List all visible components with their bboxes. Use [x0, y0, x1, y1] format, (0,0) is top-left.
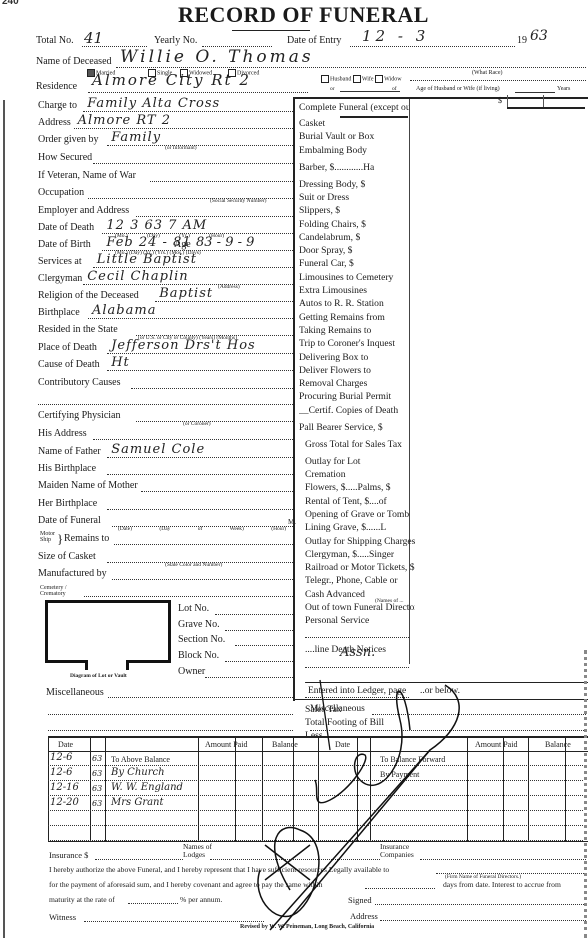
rate-line — [128, 903, 178, 904]
race-line — [410, 80, 586, 81]
field-label: Occupation — [38, 187, 84, 198]
field-line — [74, 128, 293, 129]
row-desc: Mrs Grant — [111, 797, 164, 808]
charge-item: Railroad or Motor Tickets, $ — [305, 562, 415, 573]
charge-item: Lining Grave, $......L — [305, 522, 415, 533]
field-value[interactable]: 12 3 63 7 AM — [106, 218, 207, 233]
field-line — [107, 474, 293, 475]
date-of-entry-line — [350, 46, 515, 47]
field-label: Date of Birth — [38, 239, 91, 250]
charge-item: Pall Bearer Service, $ — [299, 422, 409, 433]
name-of-deceased-label: Name of Deceased — [36, 56, 112, 67]
spouse-or-line — [340, 91, 400, 92]
diagram-door-left — [85, 660, 88, 670]
diagram-bottom-left — [45, 660, 87, 663]
field-line — [88, 318, 293, 319]
amount-col-line-1 — [507, 95, 508, 107]
charge-item: Removal Charges — [299, 378, 409, 389]
charge-item: Barber, $............Ha — [299, 162, 409, 173]
field-line — [107, 353, 293, 354]
field-label: How Secured — [38, 152, 92, 163]
field-sublabel: (Social Security Number) — [210, 198, 267, 204]
charge-item: Opening of Grave or Tomb — [305, 509, 415, 520]
sheet-right-edge — [584, 650, 587, 938]
field-label: Place of Death — [38, 342, 97, 353]
field-label: His Address — [38, 428, 87, 439]
charge-item: Folding Chairs, $ — [299, 219, 409, 230]
checkbox-widow-icon — [375, 75, 383, 83]
misc-label: Miscellaneous — [46, 687, 104, 698]
row-year: 63 — [92, 799, 102, 808]
field-value[interactable]: Ht — [111, 355, 130, 370]
field-line — [93, 267, 293, 268]
field-label: Date of Funeral — [38, 515, 101, 526]
charge-item: Deliver Flowers to — [299, 365, 409, 376]
sheet-left-edge — [3, 100, 5, 938]
names-sub: (Names of ... — [375, 598, 404, 604]
field-label: Size of Casket — [38, 551, 96, 562]
residence-line — [88, 92, 308, 93]
field-value[interactable]: Family — [111, 130, 161, 145]
field-label: Clergyman — [38, 273, 82, 284]
field-label: Remains to — [64, 533, 109, 544]
row-year: 63 — [92, 784, 102, 793]
charge-item — [305, 629, 409, 638]
field-line — [141, 491, 293, 492]
diagram-label: Diagram of Lot or Vault — [70, 673, 127, 679]
auth-line-3: maturity at the rate of — [49, 895, 115, 904]
residence-label: Residence — [36, 81, 77, 92]
row-date: 12-6 — [50, 752, 72, 763]
field-value[interactable]: Almore RT 2 — [78, 113, 171, 128]
charge-item: Complete Funeral (except outlays) — [299, 102, 409, 113]
lot-field-label: Owner — [178, 666, 205, 677]
per-annum: % per annum. — [180, 895, 222, 904]
field-line — [136, 421, 293, 422]
charge-item: Candelabrum, $ — [299, 232, 409, 243]
field-line — [84, 596, 293, 597]
charge-item: Rental of Tent, $....of — [305, 496, 415, 507]
field-sublabel: (State Color and Number) — [165, 562, 222, 568]
charge-item: Funeral Car, $ — [299, 258, 409, 269]
date-of-entry-value[interactable]: 12 - 3 — [362, 27, 429, 45]
field-label: Certifying Physician — [38, 410, 121, 421]
charge-item: Flowers, $.....Palms, $ — [305, 482, 415, 493]
charge-item: Cremation — [305, 469, 415, 480]
page-number: 240 — [2, 0, 19, 7]
row-desc: To Above Balance — [111, 755, 170, 764]
field-line — [131, 388, 293, 389]
document-title: RECORD OF FUNERAL — [178, 2, 429, 28]
charge-item: Outlay for Shipping Charges — [305, 536, 415, 547]
field-label: If Veteran, Name of War — [38, 170, 136, 181]
charge-item: Telegr., Phone, Cable or — [305, 575, 415, 586]
what-race-label: (What Race) — [472, 70, 502, 76]
field-label: Order given by — [38, 134, 99, 145]
charge-item: Extra Limousines — [299, 285, 409, 296]
age-spouse-label: Age of Husband or Wife (if living) — [416, 86, 500, 92]
signature-scrawl — [240, 640, 500, 938]
field-sublabel: (or Informant) — [165, 145, 197, 151]
charge-item: Slippers, $ — [299, 205, 409, 216]
name-of-deceased-line — [116, 67, 586, 68]
field-label: Date of Death — [38, 222, 94, 233]
field-value[interactable]: Jefferson Drs't Hos — [111, 338, 256, 353]
checkbox-wife-icon — [353, 75, 361, 83]
field-label: Contributory Causes — [38, 377, 121, 388]
date-of-entry-label: Date of Entry — [287, 35, 341, 46]
lot-field-label: Section No. — [178, 634, 225, 645]
field-value[interactable]: Samuel Cole — [111, 442, 205, 457]
charge-item: __Certif. Copies of Death — [299, 405, 409, 416]
title-underline — [232, 30, 310, 31]
field-label: Cemetery / Crematory — [40, 585, 80, 597]
charge-item: Taking Remains to — [299, 325, 409, 336]
spouse-options[interactable]: Husband Wife Widow — [321, 75, 402, 83]
field-value[interactable]: Cecil Chaplin — [87, 269, 188, 284]
charge-item: Personal Service — [305, 615, 415, 626]
witness-line — [84, 921, 264, 922]
charge-item: Outlay for Lot — [305, 456, 415, 467]
witness-label: Witness — [49, 912, 76, 922]
charge-item: Suit or Dress — [299, 192, 409, 203]
field-line — [83, 284, 293, 285]
field-sublabel: (or Coroner) — [183, 421, 211, 427]
table-header: Balance — [545, 740, 571, 749]
field-label: Maiden Name of Mother — [38, 480, 138, 491]
field-label: Resided in the State — [38, 324, 118, 335]
residence-value[interactable]: Almore City Rt 2 — [92, 71, 251, 89]
row-year: 63 — [92, 769, 102, 778]
row-date: 12-6 — [50, 767, 72, 778]
year-value[interactable]: 63 — [530, 28, 548, 44]
charge-item: Clergyman, $.....Singer — [305, 549, 415, 560]
field-value[interactable]: Alabama — [92, 303, 156, 318]
field-value[interactable]: Little Baptist — [97, 252, 197, 267]
lot-diagram — [45, 600, 171, 663]
charge-item: Limousines to Cemetery — [299, 272, 409, 283]
total-no-label: Total No. — [36, 35, 74, 46]
row-date: 12-16 — [50, 782, 79, 793]
field-value[interactable]: Baptist — [159, 286, 213, 301]
field-line — [38, 404, 293, 405]
lot-field-label: Lot No. — [178, 603, 209, 614]
field-label: Name of Father — [38, 446, 101, 457]
field-label: Cause of Death — [38, 359, 100, 370]
charge-item: Trip to Coroner's Inquest — [299, 338, 409, 349]
table-header: Date — [58, 740, 73, 749]
charge-item: Delivering Box to — [299, 352, 409, 363]
row-year: 63 — [92, 754, 102, 763]
year-prefix: 19 — [517, 35, 527, 46]
field-label: Address — [38, 117, 71, 128]
insurance-label: Insurance $ — [49, 850, 88, 860]
diagram-bottom-right — [126, 660, 168, 663]
lot-field-line[interactable] — [225, 630, 293, 631]
charge-item: Burial Vault or Box — [299, 131, 409, 142]
charge-item: Procuring Burial Permit — [299, 391, 409, 402]
checkbox-husband-icon — [321, 75, 329, 83]
insurance-line — [95, 859, 183, 860]
amount-col-line-2 — [543, 95, 544, 107]
diagram-door-right — [126, 660, 129, 670]
charge-item: Autos to R. R. Station — [299, 298, 409, 309]
field-line — [136, 216, 293, 217]
charge-item: Embalming Body — [299, 145, 409, 156]
charge-item: Dressing Body, $ — [299, 179, 409, 190]
charge-item: Gross Total for Sales Tax — [305, 439, 415, 450]
charge-item: Casket — [299, 118, 409, 129]
name-of-deceased-value[interactable]: Willie O. Thomas — [120, 47, 314, 67]
field-line — [155, 301, 293, 302]
row-desc: By Church — [111, 767, 165, 778]
field-label: Charge to — [38, 100, 77, 111]
charge-item: Door Spray, $ — [299, 245, 409, 256]
field-label: Birthplace — [38, 307, 80, 318]
spouse-of: of — [392, 86, 397, 92]
field-sublabel: (Address) — [218, 284, 240, 290]
motor-ship-brace: } — [57, 531, 63, 547]
field-line — [107, 457, 293, 458]
field-label: Her Birthplace — [38, 498, 97, 509]
field-line — [83, 111, 293, 112]
lot-field-line[interactable] — [215, 614, 293, 615]
field-value[interactable]: Family Alta Cross — [87, 96, 220, 111]
field-line — [107, 145, 293, 146]
age-value[interactable]: 83 - 9 - 9 — [196, 235, 254, 250]
field-label: Services at — [38, 256, 82, 267]
age-label: Age — [174, 239, 191, 250]
field-line — [107, 509, 293, 510]
field-label: Religion of the Deceased — [38, 290, 139, 301]
field-label: Employer and Address — [38, 205, 129, 216]
field-line — [150, 181, 293, 182]
field-line — [107, 370, 293, 371]
row-date: 12-20 — [50, 797, 79, 808]
spouse-or: or — [330, 86, 335, 92]
field-line — [114, 544, 293, 545]
field-label: Manufactured by — [38, 568, 107, 579]
field-line — [93, 163, 293, 164]
total-no-value[interactable]: 41 — [84, 29, 103, 47]
motor-ship-prefix: Motor Ship — [40, 531, 56, 543]
age-spouse-line — [515, 92, 555, 93]
row-desc: W. W. England — [111, 782, 183, 793]
lot-field-label: Block No. — [178, 650, 219, 661]
lot-field-label: Grave No. — [178, 619, 220, 630]
charge-item: Getting Remains from — [299, 312, 409, 323]
lodges-label: Names of Lodges — [183, 843, 215, 859]
years-label: Years — [557, 86, 570, 92]
yearly-no-label: Yearly No. — [154, 35, 197, 46]
field-label: His Birthplace — [38, 463, 96, 474]
amount-underline — [507, 107, 585, 109]
field-line — [93, 439, 293, 440]
field-sublabel: (Date) (Day of Week) (Hour) — [118, 526, 286, 532]
dollar-sign: $ — [498, 96, 502, 105]
field-line — [112, 579, 293, 580]
